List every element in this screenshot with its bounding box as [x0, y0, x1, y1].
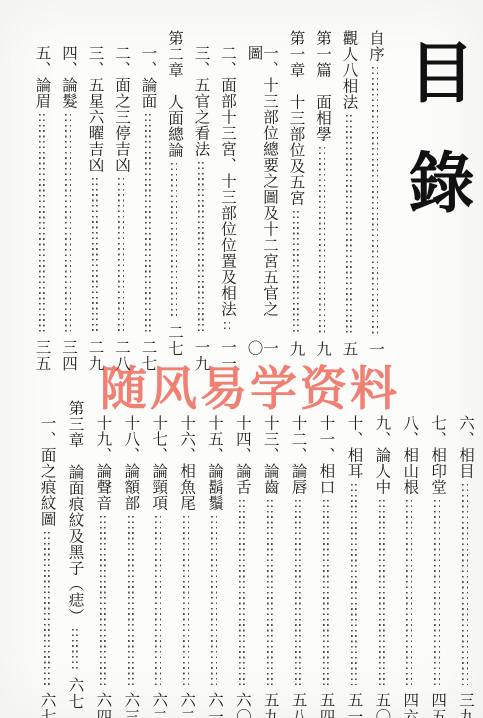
page-title: 目錄: [401, 38, 467, 298]
dotted-leader: [224, 322, 230, 332]
toc-entry-label: 三、五星六曜吉凶: [87, 45, 103, 173]
toc-entry-page: 五四: [318, 692, 334, 718]
toc-entry-label: 一、面之痕紋圖: [39, 415, 55, 527]
toc-entry-label: 第一篇 面相學: [315, 30, 331, 142]
dotted-leader: [92, 178, 98, 332]
toc-entry-page: 三四: [61, 339, 77, 372]
toc-entry: 十八、論額部六三: [123, 400, 139, 718]
toc-entry: 二、面部十三宮、十三部位位置及相法一一: [220, 30, 236, 372]
watermark: 随风易学资料: [100, 352, 400, 419]
toc-entry: 二、面之三停吉凶二八: [114, 30, 130, 372]
dotted-leader: [239, 500, 245, 685]
toc-entry: 一、十三部位總要之圖及十二宮五官之圖一〇: [246, 30, 277, 372]
toc-entry-page: 六一: [206, 692, 222, 718]
toc-entry-label: 十二、論唇: [290, 415, 306, 495]
toc-entry-label: 十八、論額部: [123, 415, 139, 511]
toc-entry: 三、五星六曜吉凶二九: [87, 30, 103, 372]
toc-entry-label: 二、面之三停吉凶: [114, 45, 130, 173]
toc-entry-page: 六二: [179, 692, 195, 718]
toc-entry-label: 五、論眉: [34, 45, 50, 109]
dotted-leader: [39, 114, 45, 332]
toc-entry-label: 觀人八相法: [341, 30, 357, 110]
toc-entry-label: 十五、論鬍鬚: [206, 415, 222, 511]
dotted-leader: [406, 500, 412, 685]
dotted-leader: [351, 484, 357, 685]
toc-entry-page: 六七: [39, 692, 55, 718]
toc-entry: 七、相印堂四五: [430, 400, 446, 718]
toc-entry: 第一篇 面相學九: [315, 30, 331, 357]
toc-entry-label: 七、相印堂: [430, 415, 446, 495]
dotted-leader: [319, 147, 325, 334]
toc-entry: 一、論面二七: [140, 30, 156, 372]
toc-entry: 十一、相口五四: [318, 400, 334, 718]
toc-entry: 十三、論齒五九: [262, 400, 278, 718]
toc-entry-label: 九、論人中: [374, 415, 390, 495]
dotted-leader: [379, 500, 385, 685]
toc-entry: 第三章 論面痕紋及黑子（痣）六七: [67, 400, 83, 710]
dotted-leader: [295, 500, 301, 685]
toc-entry-page: 三五: [34, 339, 50, 372]
dotted-leader: [323, 500, 329, 685]
scanned-toc-page: 目錄 自序一觀人八相法五第一篇 面相學九第一章 十三部位及五宮九一、十三部位總要…: [0, 0, 483, 718]
toc-entry: 十六、相魚尾六二: [179, 400, 195, 718]
dotted-leader: [155, 516, 161, 685]
dotted-leader: [434, 500, 440, 685]
toc-entry-label: 十七、論頸項: [151, 415, 167, 511]
toc-entry-label: 六、相目: [458, 415, 474, 479]
toc-entry-page: 六〇: [234, 692, 250, 718]
toc-entry-label: 十六、相魚尾: [179, 415, 195, 511]
dotted-leader: [267, 500, 273, 685]
toc-entry-page: 六二: [151, 692, 167, 718]
toc-entry: 十、相耳五一: [346, 400, 362, 718]
toc-entry-label: 第二章 人面總論: [167, 30, 183, 158]
toc-entry-label: 一、論面: [140, 45, 156, 109]
toc-entry-page: 四六: [402, 692, 418, 718]
toc-entry-label: 十九、論聲音: [95, 415, 111, 511]
toc-entry: 十二、論唇五八: [290, 400, 306, 718]
toc-entry: 五、論眉三五: [34, 30, 50, 372]
toc-lower-section: 六、相目三九七、相印堂四五八、相山根四六九、論人中五〇十、相耳五一十一、相口五四…: [27, 400, 473, 710]
toc-entry: 十四、論舌六〇: [234, 400, 250, 718]
dotted-leader: [372, 67, 378, 334]
toc-entry-page: 五〇: [374, 692, 390, 718]
toc-entry-label: 十、相耳: [346, 415, 362, 479]
toc-entry-page: 三九: [458, 692, 474, 718]
toc-entry-page: 六七: [67, 677, 83, 710]
toc-entry: 第一章 十三部位及五宮九: [288, 30, 304, 357]
dotted-leader: [128, 516, 134, 685]
toc-entry-label: 十三、論齒: [262, 415, 278, 495]
dotted-leader: [72, 629, 78, 670]
dotted-leader: [346, 115, 352, 334]
toc-entry-page: 六四: [95, 692, 111, 718]
toc-entry: 九、論人中五〇: [374, 400, 390, 718]
toc-entry-label: 第一章 十三部位及五宮: [288, 30, 304, 206]
toc-entry: 觀人八相法五: [341, 30, 357, 357]
toc-entry: 六、相目三九: [458, 400, 474, 718]
toc-entry-label: 八、相山根: [402, 415, 418, 495]
dotted-leader: [183, 516, 189, 685]
toc-entry-label: 自序: [368, 30, 384, 62]
dotted-leader: [198, 162, 204, 332]
dotted-leader: [100, 516, 106, 685]
toc-entry: 十五、論鬍鬚六一: [206, 400, 222, 718]
toc-entry: 四、論髮三四: [61, 30, 77, 372]
toc-entry-page: 四五: [430, 692, 446, 718]
toc-entry-page: 五九: [262, 692, 278, 718]
dotted-leader: [65, 114, 71, 332]
dotted-leader: [293, 211, 299, 334]
toc-entry-label: 十四、論舌: [234, 415, 250, 495]
toc-entry-label: 一、十三部位總要之圖及十二宮五官之圖: [246, 45, 277, 328]
toc-entry-page: 五一: [346, 692, 362, 718]
toc-entry: 自序一: [368, 30, 384, 357]
toc-entry: 第二章 人面總論二七: [167, 30, 183, 357]
dotted-leader: [462, 484, 468, 685]
dotted-leader: [171, 163, 177, 317]
toc-entry: 十七、論頸項六二: [151, 400, 167, 718]
toc-entry-label: 第三章 論面痕紋及黑子（痣）: [67, 400, 83, 624]
toc-entry-label: 十一、相口: [318, 415, 334, 495]
toc-entry: 一、面之痕紋圖六七: [39, 400, 55, 718]
dotted-leader: [44, 532, 50, 685]
toc-entry-label: 三、五官之看法: [193, 45, 209, 157]
dotted-leader: [211, 516, 217, 685]
toc-entry: 八、相山根四六: [402, 400, 418, 718]
dotted-leader: [118, 178, 124, 332]
toc-upper-section: 自序一觀人八相法五第一篇 面相學九第一章 十三部位及五宮九一、十三部位總要之圖及…: [23, 30, 383, 357]
toc-entry-page: 五八: [290, 692, 306, 718]
toc-entry-page: 六三: [123, 692, 139, 718]
toc-entry-label: 二、面部十三宮、十三部位位置及相法: [220, 45, 236, 317]
toc-entry: 十九、論聲音六四: [95, 400, 111, 718]
toc-entry: 三、五官之看法一九: [193, 30, 209, 372]
toc-entry-label: 四、論髮: [61, 45, 77, 109]
dotted-leader: [145, 114, 151, 332]
